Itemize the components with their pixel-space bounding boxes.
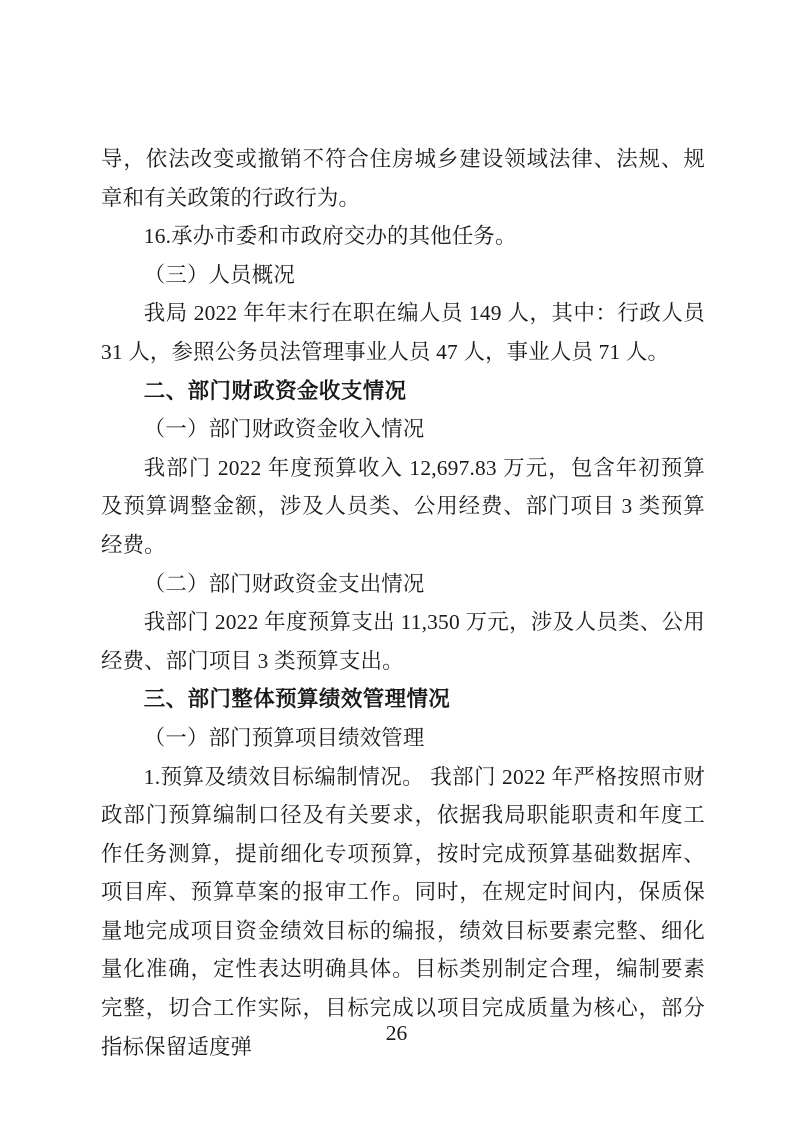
subsection-heading-project-performance: （一）部门预算项目绩效管理 <box>101 719 705 758</box>
paragraph-personnel-statistics: 我局 2022 年年末行在职在编人员 149 人，其中：行政人员 31 人，参照… <box>101 294 705 371</box>
subsection-heading-personnel-overview: （三）人员概况 <box>101 256 705 295</box>
document-body: 导，依法改变或撤销不符合住房城乡建设领域法律、法规、规章和有关政策的行政行为。 … <box>101 140 705 1066</box>
page-number: 26 <box>0 1018 793 1048</box>
paragraph-budget-income: 我部门 2022 年度预算收入 12,697.83 万元，包含年初预算及预算调整… <box>101 449 705 565</box>
paragraph-continuation-admin-acts: 导，依法改变或撤销不符合住房城乡建设领域法律、法规、规章和有关政策的行政行为。 <box>101 140 705 217</box>
section-heading-performance-management: 三、部门整体预算绩效管理情况 <box>101 680 705 719</box>
document-page: 导，依法改变或撤销不符合住房城乡建设领域法律、法规、规章和有关政策的行政行为。 … <box>0 0 793 1122</box>
section-heading-fiscal-funds: 二、部门财政资金收支情况 <box>101 372 705 411</box>
subsection-heading-expenditure: （二）部门财政资金支出情况 <box>101 565 705 604</box>
paragraph-task-16: 16.承办市委和市政府交办的其他任务。 <box>101 217 705 256</box>
paragraph-budget-expenditure: 我部门 2022 年度预算支出 11,350 万元，涉及人员类、公用经费、部门项… <box>101 603 705 680</box>
subsection-heading-income: （一）部门财政资金收入情况 <box>101 410 705 449</box>
